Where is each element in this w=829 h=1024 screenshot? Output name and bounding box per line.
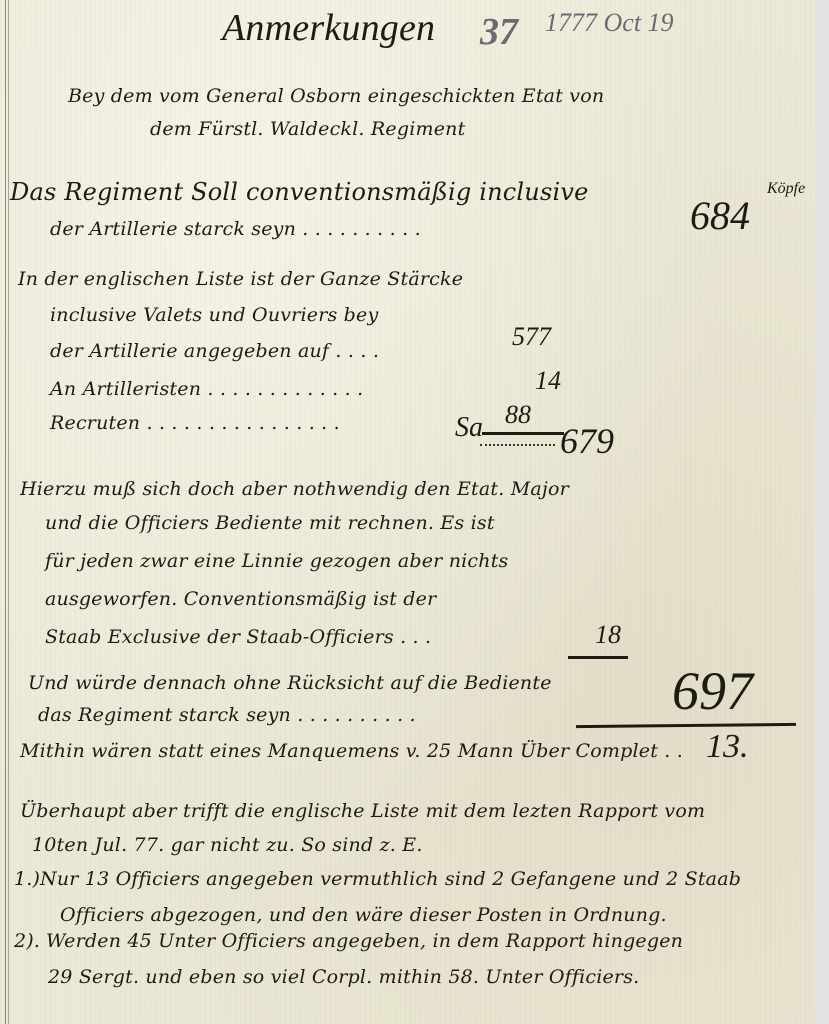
result-697: 697 (672, 660, 753, 722)
english-list-line: In der englischen Liste ist der Ganze St… (18, 268, 463, 290)
point-line: Officiers abgezogen, und den wäre dieser… (60, 904, 667, 926)
sum-underline (482, 432, 564, 435)
english-list-line: inclusive Valets und Ouvriers bey (50, 304, 378, 326)
manquemens-line: Mithin wären statt eines Manquemens v. 2… (20, 740, 683, 762)
value-88: 88 (505, 400, 531, 430)
leader-dots (480, 444, 555, 446)
manuscript-page: Anmerkungen 37 1777 Oct 19 Bey dem vom G… (0, 0, 815, 1024)
result-line: das Regiment starck seyn . . . . . . . .… (38, 704, 416, 726)
margin-rule (8, 0, 9, 1024)
etat-major-line: und die Officiers Bediente mit rechnen. … (45, 512, 495, 534)
strength-total: 684 (690, 192, 750, 239)
document-title: Anmerkungen (222, 6, 435, 50)
point-marker: 1.) (14, 868, 40, 890)
english-list-line: Recruten . . . . . . . . . . . . . . . . (50, 412, 340, 434)
etat-major-line: ausgeworfen. Conventionsmäßig ist der (45, 588, 436, 610)
etat-major-line: für jeden zwar eine Linnie gezogen aber … (45, 550, 508, 572)
english-list-line: An Artilleristen . . . . . . . . . . . .… (50, 378, 363, 400)
point-marker: 2). (14, 930, 40, 952)
staab-value: 18 (595, 620, 621, 650)
value-14: 14 (535, 366, 561, 396)
staab-underline (568, 656, 628, 659)
english-list-line: der Artillerie angegeben auf . . . . (50, 340, 379, 362)
value-577: 577 (512, 322, 551, 352)
archive-date-note: 1777 Oct 19 (545, 8, 674, 38)
manquemens-value: 13. (706, 728, 749, 766)
result-line: Und würde dennach ohne Rücksicht auf die… (28, 672, 552, 694)
result-underline (576, 723, 796, 728)
etat-major-line: Staab Exclusive der Staab-Officiers . . … (45, 626, 431, 648)
heading-line: Bey dem vom General Osborn eingeschickte… (68, 85, 604, 107)
body-line: Das Regiment Soll conventionsmäßig inclu… (10, 178, 589, 206)
point-line: 29 Sergt. und eben so viel Corpl. mithin… (48, 966, 639, 988)
summa-label: Sa (455, 412, 483, 444)
point-line: Nur 13 Officiers angegeben vermuthlich s… (40, 868, 741, 890)
margin-rule (5, 0, 6, 1024)
closing-line: 10ten Jul. 77. gar nicht zu. So sind z. … (32, 834, 423, 856)
body-line: der Artillerie starck seyn . . . . . . .… (50, 218, 421, 240)
point-line: Werden 45 Unter Officiers angegeben, in … (46, 930, 683, 952)
folio-number: 37 (480, 10, 518, 54)
closing-line: Überhaupt aber trifft die englische List… (20, 800, 705, 822)
sum-679: 679 (560, 420, 614, 462)
heading-line: dem Fürstl. Waldeckl. Regiment (150, 118, 465, 140)
etat-major-line: Hierzu muß sich doch aber nothwendig den… (20, 478, 569, 500)
strength-unit: Köpfe (767, 180, 805, 198)
